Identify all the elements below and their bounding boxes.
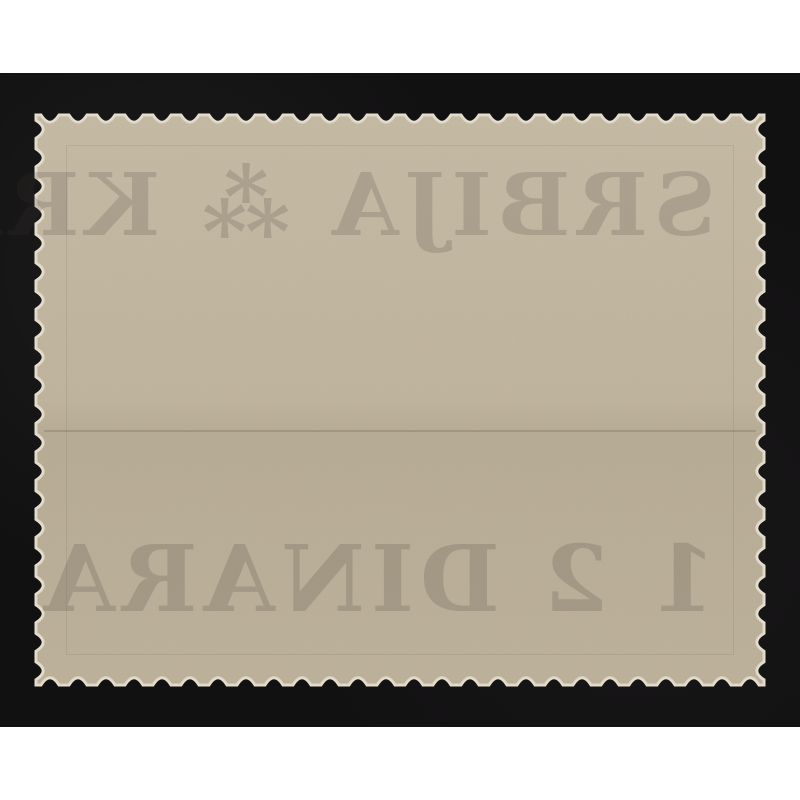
stamp-back: SRBIJA ⁂ KRALJEVINA 1 2 DINARA bbox=[26, 105, 774, 695]
stamp-paper bbox=[26, 105, 774, 695]
